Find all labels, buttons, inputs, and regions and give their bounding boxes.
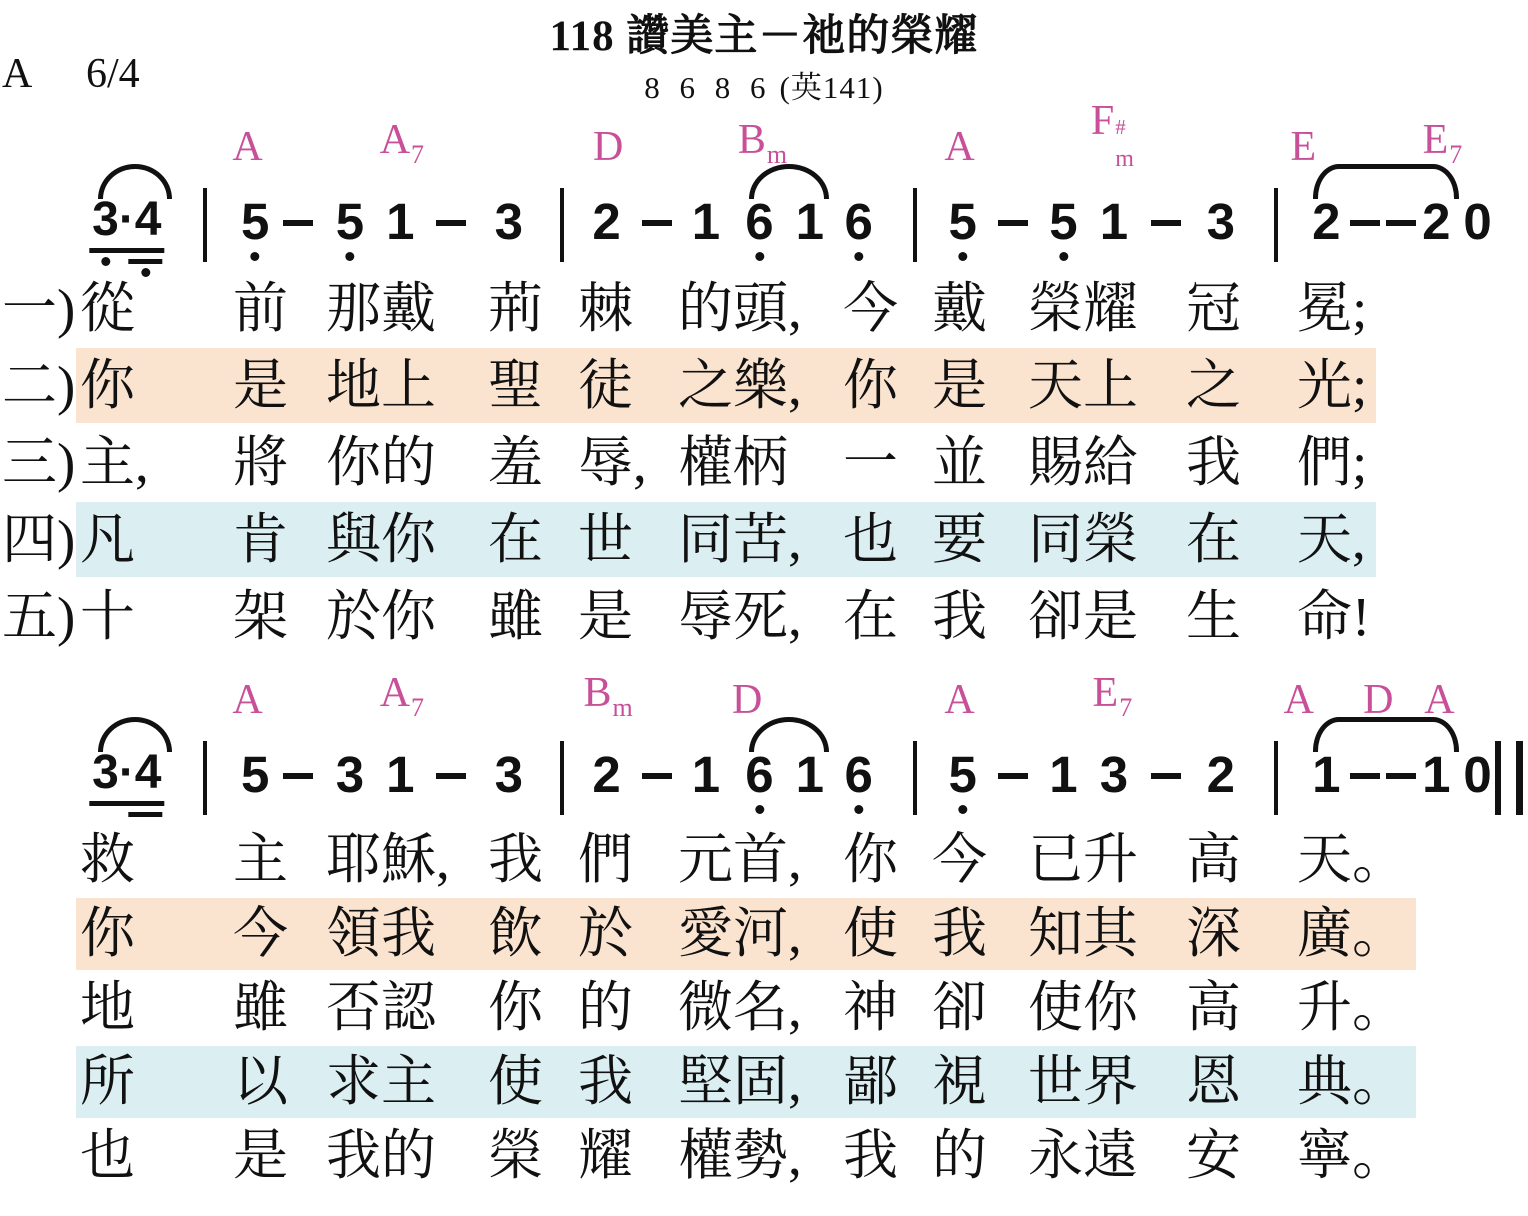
lyric-cell: 恩 — [1186, 1045, 1241, 1119]
lyric-cell: 微名, — [678, 971, 802, 1045]
chord-label: A7 — [380, 672, 424, 721]
lyric-cell: 前 — [233, 270, 288, 347]
page-title: 118 讚美主－祂的榮耀 — [0, 0, 1528, 63]
lyric-cell: 你 — [80, 347, 135, 424]
lyric-cell: 你 — [488, 971, 543, 1045]
pickup-digits: 3·4 — [89, 749, 164, 806]
lyric-cell: 飲 — [488, 897, 543, 971]
chord-root: F — [1091, 98, 1114, 144]
chord-root: B — [738, 117, 766, 163]
lyric-cell: 元首, — [678, 823, 802, 897]
lyric-cell: 我 — [932, 578, 987, 655]
barline — [203, 188, 207, 262]
duration-dash — [1350, 773, 1380, 779]
sharp-symbol: # — [1115, 120, 1126, 136]
barline — [560, 188, 564, 262]
lyric-cell: 高 — [1186, 823, 1241, 897]
note-row-2: 3·45313216165132110 — [0, 723, 1528, 823]
lyric-cell: 愛河, — [678, 897, 802, 971]
pickup-notes: 3·4 — [89, 196, 164, 253]
lyric-cell: 已升 — [1028, 823, 1138, 897]
lyric-cell: 你 — [843, 347, 898, 424]
lyric-cell: 我 — [578, 1045, 633, 1119]
barline — [1274, 741, 1278, 815]
lyric-cell: 世界 — [1028, 1045, 1138, 1119]
lyric-cell: 在 — [488, 501, 543, 578]
meter-numbers: 8 6 8 6 — [644, 70, 771, 105]
lyric-cell: 世 — [578, 501, 633, 578]
lyric-cell: 今 — [932, 823, 987, 897]
lyric-row: 二)你是地上聖徒之樂,你是天上之光; — [0, 347, 1528, 424]
lyric-cell: 我的 — [326, 1119, 436, 1193]
note-digit: 2 — [1312, 196, 1340, 247]
lyric-cell: 我 — [843, 1119, 898, 1193]
lyric-cell: 的頭, — [678, 270, 802, 347]
lyric-cell: 也 — [843, 501, 898, 578]
pickup-notes: 3·4 — [89, 749, 164, 806]
lyric-row: 一)從前那戴荊棘的頭,今戴榮耀冠冕; — [0, 270, 1528, 347]
lyric-cell: 權柄 — [678, 424, 788, 501]
chord-quality: 7 — [411, 693, 424, 722]
chord-label: A — [232, 679, 262, 721]
lyric-cell: 們; — [1297, 424, 1367, 501]
final-barline — [1495, 741, 1523, 815]
verses-section: 一)從前那戴荊棘的頭,今戴榮耀冠冕;二)你是地上聖徒之樂,你是天上之光;三)主,… — [0, 270, 1528, 655]
lyric-cell: 十 — [80, 578, 135, 655]
chord-quality: m — [767, 140, 787, 169]
note-digit: 5 — [948, 196, 976, 247]
lyric-cell: 冕; — [1297, 270, 1367, 347]
note-digit: 6 — [845, 749, 873, 800]
lyric-cell: 榮耀 — [1028, 270, 1138, 347]
lyric-cell: 我 — [932, 897, 987, 971]
lyric-cell: 使 — [488, 1045, 543, 1119]
lyric-cell: 一 — [843, 424, 898, 501]
note-digit: 5 — [336, 196, 364, 247]
note-digit: 2 — [592, 749, 620, 800]
chord-root: A — [944, 124, 974, 170]
duration-dash — [1151, 220, 1181, 226]
chord-label: A — [1424, 679, 1454, 721]
chord-label: A — [232, 126, 262, 168]
note-digit: 1 — [1312, 749, 1340, 800]
chord-root: D — [1363, 677, 1393, 723]
note-digit: 1 — [386, 749, 414, 800]
low-octave-dot — [101, 257, 110, 266]
meter-line: 8 6 8 6(英141) — [0, 62, 1528, 107]
chord-quality: 7 — [411, 140, 424, 169]
lyric-cell: 生 — [1186, 578, 1241, 655]
lyric-cell: 是 — [233, 1119, 288, 1193]
barline — [203, 741, 207, 815]
chord-root: A — [232, 124, 262, 170]
lyric-cell: 是 — [578, 578, 633, 655]
chord-root: E — [1423, 117, 1449, 163]
lyric-cell: 寧。 — [1297, 1119, 1407, 1193]
lyric-cell: 救 — [80, 823, 135, 897]
lyric-cell: 冠 — [1186, 270, 1241, 347]
chord-label: E7 — [1423, 119, 1463, 168]
note-digit: 5 — [1049, 196, 1077, 247]
lyric-cell: 卻是 — [1028, 578, 1138, 655]
note-digit: 2 — [1207, 749, 1235, 800]
chord-accidental-quality: #m — [1115, 134, 1134, 168]
lyric-cell: 權勢, — [678, 1119, 802, 1193]
lyric-cell: 凡 — [80, 501, 135, 578]
duration-dash — [1386, 220, 1416, 226]
lyric-cell: 於 — [578, 897, 633, 971]
chord-root: A — [380, 117, 410, 163]
lyric-cell: 升。 — [1297, 971, 1407, 1045]
lyric-cell: 地上 — [326, 347, 436, 424]
note-digit: 0 — [1463, 749, 1491, 800]
lyric-row: 四)凡肯與你在世同苦,也要同榮在天, — [0, 501, 1528, 578]
lyric-cell: 使你 — [1028, 971, 1138, 1045]
sixteenth-beam — [129, 259, 163, 264]
lyric-cell: 辱, — [578, 424, 647, 501]
lyric-cell: 典。 — [1297, 1045, 1407, 1119]
note-digit: 1 — [692, 196, 720, 247]
lyric-cell: 今 — [233, 897, 288, 971]
chord-label: A — [944, 126, 974, 168]
lyric-cell: 賜給 — [1028, 424, 1138, 501]
lyric-cell: 聖 — [488, 347, 543, 424]
lyric-cell: 你 — [843, 823, 898, 897]
header: 118 讚美主－祂的榮耀 A 6/4 8 6 8 6(英141) — [0, 0, 1528, 112]
lyric-cell: 神 — [843, 971, 898, 1045]
verse-label: 四) — [2, 501, 75, 578]
lyric-cell: 耶穌, — [326, 823, 450, 897]
chord-quality: m — [613, 693, 633, 722]
lyric-cell: 天。 — [1297, 823, 1407, 897]
lyric-cell: 的 — [578, 971, 633, 1045]
note-digit: 2 — [1422, 196, 1450, 247]
lyric-cell: 你的 — [326, 424, 436, 501]
chord-label: D — [732, 679, 762, 721]
lyric-row: 也是我的榮耀權勢,我的永遠安寧。 — [0, 1119, 1528, 1193]
lyric-cell: 架 — [233, 578, 288, 655]
note-digit: 0 — [1463, 196, 1491, 247]
lyric-cell: 安 — [1186, 1119, 1241, 1193]
verse-label: 一) — [2, 270, 75, 347]
chord-root: E — [1291, 124, 1317, 170]
lyric-cell: 那戴 — [326, 270, 436, 347]
barline — [560, 741, 564, 815]
pickup-digits: 3·4 — [89, 196, 164, 253]
lyric-cell: 鄙 — [843, 1045, 898, 1119]
lyric-cell: 也 — [80, 1119, 135, 1193]
lyric-cell: 的 — [932, 1119, 987, 1193]
lyric-cell: 同榮 — [1028, 501, 1138, 578]
lyric-cell: 戴 — [932, 270, 987, 347]
note-digit: 3 — [1207, 196, 1235, 247]
duration-dash — [998, 773, 1028, 779]
duration-dash — [1350, 220, 1380, 226]
lyric-cell: 將 — [233, 424, 288, 501]
lyric-cell: 徒 — [578, 347, 633, 424]
barline — [1274, 188, 1278, 262]
lyric-cell: 雖 — [488, 578, 543, 655]
note-digit: 1 — [1422, 749, 1450, 800]
duration-dash — [436, 220, 466, 226]
chord-label: E — [1291, 126, 1317, 168]
lyric-cell: 今 — [843, 270, 898, 347]
chord-root: A — [1424, 677, 1454, 723]
chord-root: A — [380, 670, 410, 716]
lyric-cell: 視 — [932, 1045, 987, 1119]
lyric-row: 救主耶穌,我們元首,你今已升高天。 — [0, 823, 1528, 897]
lyric-cell: 廣。 — [1297, 897, 1407, 971]
sixteenth-beam — [129, 812, 163, 817]
verse-label: 二) — [2, 347, 75, 424]
lyric-cell: 卻 — [932, 971, 987, 1045]
lyric-row: 你今領我飲於愛河,使我知其深廣。 — [0, 897, 1528, 971]
note-digit: 3 — [495, 749, 523, 800]
lyric-cell: 以 — [233, 1045, 288, 1119]
chord-root: A — [944, 677, 974, 723]
note-digit: 1 — [386, 196, 414, 247]
barline — [913, 741, 917, 815]
chorus-section: 救主耶穌,我們元首,你今已升高天。你今領我飲於愛河,使我知其深廣。地雖否認你的微… — [0, 823, 1528, 1193]
note-digit: 3 — [1100, 749, 1128, 800]
note-digit: 5 — [241, 196, 269, 247]
hymn-sheet: 118 讚美主－祂的榮耀 A 6/4 8 6 8 6(英141) AA7DBmA… — [0, 0, 1528, 1216]
note-digit: 1 — [796, 196, 824, 247]
chord-label: Bm — [738, 119, 787, 168]
lyric-cell: 光; — [1297, 347, 1367, 424]
lyric-row: 所以求主使我堅固,鄙視世界恩典。 — [0, 1045, 1528, 1119]
duration-dash — [642, 773, 672, 779]
chord-label: A — [944, 679, 974, 721]
lyric-cell: 天, — [1297, 501, 1366, 578]
chord-quality: 7 — [1119, 693, 1132, 722]
lyric-cell: 天上 — [1028, 347, 1138, 424]
lyric-cell: 知其 — [1028, 897, 1138, 971]
note-digit: 1 — [692, 749, 720, 800]
note-digit: 1 — [796, 749, 824, 800]
note-digit: 1 — [1049, 749, 1077, 800]
chord-quality: 7 — [1449, 140, 1462, 169]
duration-dash — [642, 220, 672, 226]
note-digit: 6 — [845, 196, 873, 247]
lyric-row: 三)主,將你的羞辱,權柄一並賜給我們; — [0, 424, 1528, 501]
lyric-cell: 羞 — [488, 424, 543, 501]
lyric-cell: 從 — [80, 270, 135, 347]
chord-root: A — [1284, 677, 1314, 723]
lyric-cell: 們 — [578, 823, 633, 897]
chord-label: F#m — [1091, 100, 1134, 168]
chord-root: D — [593, 124, 623, 170]
lyric-row: 五)十架於你雖是辱死,在我卻是生命! — [0, 578, 1528, 655]
lyric-cell: 是 — [233, 347, 288, 424]
lyric-cell: 堅固, — [678, 1045, 802, 1119]
lyric-cell: 你 — [80, 897, 135, 971]
note-digit: 2 — [592, 196, 620, 247]
lyric-cell: 命! — [1297, 578, 1370, 655]
lyric-cell: 荊 — [488, 270, 543, 347]
chord-root: A — [232, 677, 262, 723]
music-system-1: AA7DBmAF#mEE7 3·45513216165513220 — [0, 112, 1528, 270]
lyric-cell: 肯 — [233, 501, 288, 578]
lyric-cell: 我 — [488, 823, 543, 897]
chord-quality: m — [1115, 150, 1134, 168]
verse-label: 三) — [2, 424, 75, 501]
chord-row-1: AA7DBmAF#mEE7 — [0, 112, 1528, 170]
lyric-cell: 我 — [1186, 424, 1241, 501]
note-digit: 5 — [948, 749, 976, 800]
note-digit: 3 — [495, 196, 523, 247]
lyric-cell: 是 — [932, 347, 987, 424]
note-digit: 3 — [336, 749, 364, 800]
duration-dash — [1151, 773, 1181, 779]
meter-reference: (英141) — [780, 70, 884, 105]
lyric-row: 地雖否認你的微名,神卻使你高升。 — [0, 971, 1528, 1045]
lyric-cell: 雖 — [233, 971, 288, 1045]
lyric-cell: 同苦, — [678, 501, 802, 578]
chord-label: E7 — [1093, 672, 1133, 721]
note-digit: 6 — [745, 196, 773, 247]
barline — [913, 188, 917, 262]
lyric-cell: 要 — [932, 501, 987, 578]
lyric-cell: 耀 — [578, 1119, 633, 1193]
chord-label: D — [1363, 679, 1393, 721]
lyric-cell: 辱死, — [678, 578, 802, 655]
lyric-cell: 之 — [1186, 347, 1241, 424]
chord-root: E — [1093, 670, 1119, 716]
lyric-cell: 領我 — [326, 897, 436, 971]
note-row-1: 3·45513216165513220 — [0, 170, 1528, 270]
lyric-cell: 於你 — [326, 578, 436, 655]
lyric-cell: 地 — [80, 971, 135, 1045]
lyric-cell: 之樂, — [678, 347, 802, 424]
lyric-cell: 與你 — [326, 501, 436, 578]
chord-label: Bm — [584, 672, 633, 721]
chord-label: A7 — [380, 119, 424, 168]
duration-dash — [998, 220, 1028, 226]
lyric-cell: 使 — [843, 897, 898, 971]
chord-row-2: AA7BmDAE7ADA — [0, 665, 1528, 723]
note-digit: 5 — [241, 749, 269, 800]
chord-root: B — [584, 670, 612, 716]
lyric-cell: 主 — [233, 823, 288, 897]
lyric-cell: 在 — [843, 578, 898, 655]
lyric-cell: 棘 — [578, 270, 633, 347]
lyric-cell: 並 — [932, 424, 987, 501]
music-system-2: AA7BmDAE7ADA 3·45313216165132110 — [0, 665, 1528, 823]
chord-label: A — [1284, 679, 1314, 721]
lyric-cell: 深 — [1186, 897, 1241, 971]
duration-dash — [283, 220, 313, 226]
chord-root: D — [732, 677, 762, 723]
lyric-cell: 求主 — [326, 1045, 436, 1119]
duration-dash — [1386, 773, 1416, 779]
lyric-cell: 在 — [1186, 501, 1241, 578]
duration-dash — [283, 773, 313, 779]
duration-dash — [436, 773, 466, 779]
verse-label: 五) — [2, 578, 75, 655]
lyric-cell: 所 — [80, 1045, 135, 1119]
lyric-cell: 主, — [80, 424, 149, 501]
lyric-cell: 永遠 — [1028, 1119, 1138, 1193]
lyric-cell: 否認 — [326, 971, 436, 1045]
note-digit: 6 — [745, 749, 773, 800]
lyric-cell: 榮 — [488, 1119, 543, 1193]
lyric-cell: 高 — [1186, 971, 1241, 1045]
chord-label: D — [593, 126, 623, 168]
note-digit: 1 — [1100, 196, 1128, 247]
